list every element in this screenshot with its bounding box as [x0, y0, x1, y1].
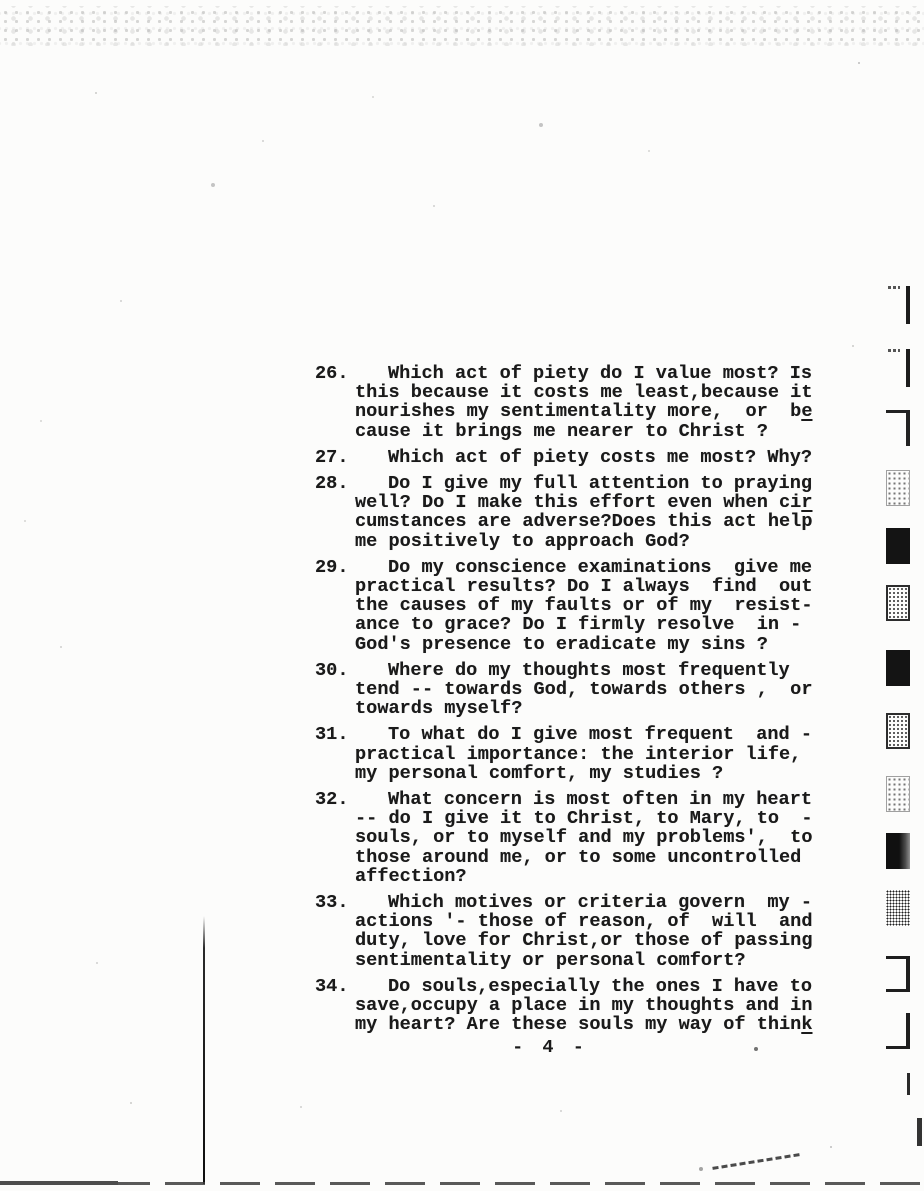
- question-line: well? Do I make this effort even when ci…: [355, 493, 835, 512]
- question-line: towards myself?: [355, 699, 835, 718]
- question-number: 32.: [315, 790, 348, 809]
- question-lines: Which motives or criteria govern my -act…: [355, 893, 835, 970]
- question-item: 28.Do I give my full attention to prayin…: [315, 474, 835, 551]
- question-item: 34.Do souls,especially the ones I have t…: [315, 977, 835, 1035]
- question-line: To what do I give most frequent and -: [355, 725, 835, 744]
- question-item: 31.To what do I give most frequent and -…: [315, 725, 835, 783]
- question-line: my heart? Are these souls my way of thin…: [355, 1015, 835, 1034]
- question-line: Where do my thoughts most frequently: [355, 661, 835, 680]
- question-line: duty, love for Christ,or those of passin…: [355, 931, 835, 950]
- question-number: 34.: [315, 977, 348, 996]
- question-line: nourishes my sentimentality more, or be: [355, 402, 835, 421]
- question-number: 33.: [315, 893, 348, 912]
- page-number: - 4 -: [315, 1038, 785, 1057]
- question-number: 31.: [315, 725, 348, 744]
- question-lines: Do souls,especially the ones I have tosa…: [355, 977, 835, 1035]
- question-line: Do I give my full attention to praying: [355, 474, 835, 493]
- vertical-scan-line: [203, 916, 205, 1184]
- question-line: cumstances are adverse?Does this act hel…: [355, 512, 835, 531]
- hyphenation-underline: r: [801, 492, 812, 513]
- question-line: my personal comfort, my studies ?: [355, 764, 835, 783]
- question-number: 30.: [315, 661, 348, 680]
- question-number: 29.: [315, 558, 348, 577]
- question-item: 30.Where do my thoughts most frequentlyt…: [315, 661, 835, 719]
- binding-mark: [886, 1073, 910, 1095]
- question-lines: Do I give my full attention to prayingwe…: [355, 474, 835, 551]
- question-number: 26.: [315, 364, 348, 383]
- binding-mark: [886, 349, 910, 387]
- question-list: 26.Which act of piety do I value most? I…: [315, 364, 835, 1035]
- bottom-edge-line: [0, 1182, 924, 1185]
- binding-mark: [886, 410, 910, 446]
- scanned-document-page: 26.Which act of piety do I value most? I…: [0, 0, 924, 1191]
- question-lines: Which act of piety costs me most? Why?: [355, 448, 835, 467]
- hyphenation-underline: e: [801, 401, 812, 422]
- scan-specks: [0, 0, 2, 2]
- question-line: God's presence to eradicate my sins ?: [355, 635, 835, 654]
- question-line: Do my conscience examinations give me: [355, 558, 835, 577]
- question-line: affection?: [355, 867, 835, 886]
- question-line: cause it brings me nearer to Christ ?: [355, 422, 835, 441]
- question-line: tend -- towards God, towards others , or: [355, 680, 835, 699]
- question-lines: Do my conscience examinations give mepra…: [355, 558, 835, 654]
- binding-marks: [884, 0, 924, 1191]
- question-item: 32.What concern is most often in my hear…: [315, 790, 835, 886]
- binding-mark: [886, 286, 910, 324]
- binding-mark: [886, 1013, 910, 1049]
- question-line: souls, or to myself and my problems', to: [355, 828, 835, 847]
- binding-mark: [886, 833, 910, 869]
- question-line: sentimentality or personal comfort?: [355, 951, 835, 970]
- question-line: practical importance: the interior life,: [355, 745, 835, 764]
- question-line: -- do I give it to Christ, to Mary, to -: [355, 809, 835, 828]
- question-line: save,occupy a place in my thoughts and i…: [355, 996, 835, 1015]
- question-number: 27.: [315, 448, 348, 467]
- binding-mark: [917, 1118, 922, 1146]
- question-lines: What concern is most often in my heart--…: [355, 790, 835, 886]
- binding-mark: [886, 528, 910, 564]
- question-lines: Where do my thoughts most frequentlytend…: [355, 661, 835, 719]
- question-line: ance to grace? Do I firmly resolve in -: [355, 615, 835, 634]
- question-line: the causes of my faults or of my resist-: [355, 596, 835, 615]
- question-item: 29.Do my conscience examinations give me…: [315, 558, 835, 654]
- question-lines: To what do I give most frequent and -pra…: [355, 725, 835, 783]
- question-line: practical results? Do I always find out: [355, 577, 835, 596]
- hyphenation-underline: k: [801, 1014, 812, 1035]
- question-lines: Which act of piety do I value most? Isth…: [355, 364, 835, 441]
- question-item: 33.Which motives or criteria govern my -…: [315, 893, 835, 970]
- binding-mark: [886, 585, 910, 621]
- question-line: Which act of piety do I value most? Is: [355, 364, 835, 383]
- binding-mark: [886, 956, 910, 992]
- binding-mark: [886, 650, 910, 686]
- question-line: Which act of piety costs me most? Why?: [355, 448, 835, 467]
- question-line: What concern is most often in my heart: [355, 790, 835, 809]
- question-line: me positively to approach God?: [355, 532, 835, 551]
- document-body: 26.Which act of piety do I value most? I…: [315, 364, 835, 1035]
- binding-mark: [886, 890, 910, 926]
- question-line: this because it costs me least,because i…: [355, 383, 835, 402]
- pencil-scribble: [712, 1153, 799, 1170]
- binding-mark: [886, 713, 910, 749]
- question-item: 26.Which act of piety do I value most? I…: [315, 364, 835, 441]
- scan-noise-band: [0, 6, 924, 46]
- question-number: 28.: [315, 474, 348, 493]
- question-line: those around me, or to some uncontrolled: [355, 848, 835, 867]
- question-line: Do souls,especially the ones I have to: [355, 977, 835, 996]
- question-line: actions '- those of reason, of will and: [355, 912, 835, 931]
- binding-mark: [886, 470, 910, 506]
- binding-mark: [886, 776, 910, 812]
- question-item: 27.Which act of piety costs me most? Why…: [315, 448, 835, 467]
- question-line: Which motives or criteria govern my -: [355, 893, 835, 912]
